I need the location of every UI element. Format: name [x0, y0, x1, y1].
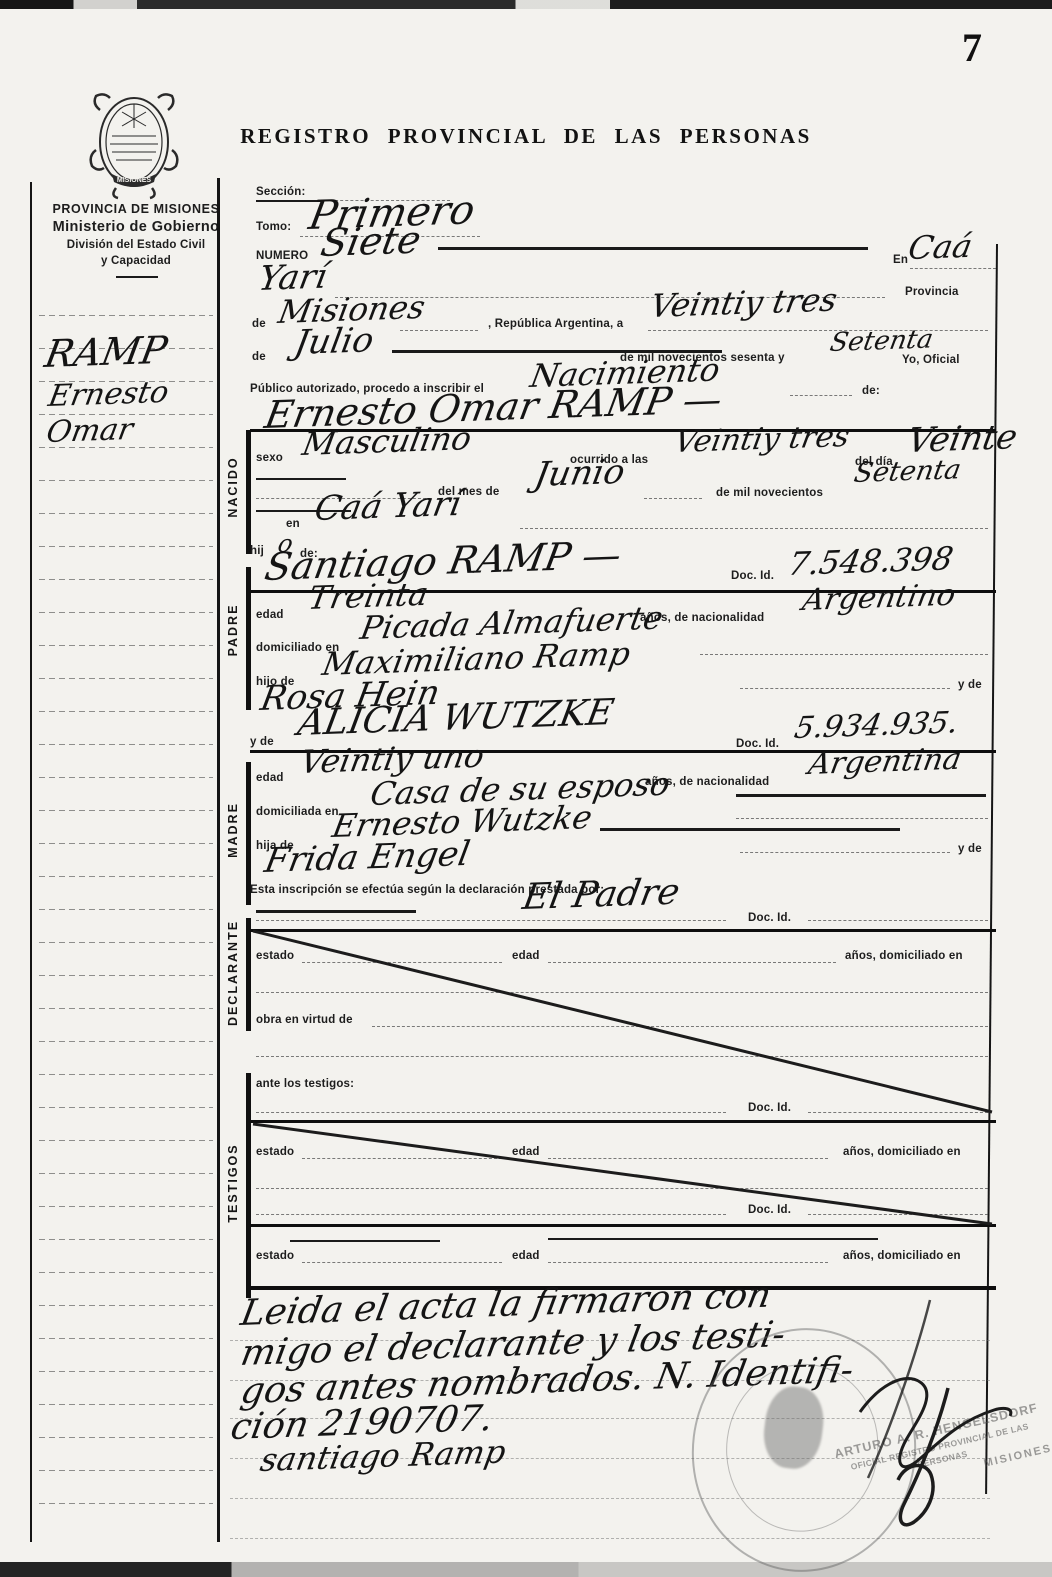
lugar-value: Caá Yarí — [312, 487, 464, 526]
testigo1-rule2 — [548, 1158, 828, 1159]
madre-rule2 — [740, 852, 950, 853]
testigo1-rule0b — [808, 1112, 988, 1113]
madre-nacionalidad: Argentina — [806, 745, 964, 780]
hora-value: Veintiy tres — [672, 422, 852, 458]
decl-rule2 — [548, 962, 836, 963]
madre-doc-label: Doc. Id. — [736, 738, 779, 750]
scan-artifact-top — [0, 0, 1052, 9]
firma-declarante: santiago Ramp — [258, 1436, 508, 1476]
y-de-madre-label: y de — [250, 736, 274, 748]
place-line1: Caá — [906, 230, 975, 264]
declarante-value: El Padre — [520, 875, 682, 916]
fecha-dia-value: Veintiy tres — [648, 284, 840, 322]
page-title: REGISTRO PROVINCIAL DE LAS PERSONAS — [0, 124, 1052, 149]
testigo2-rule0b — [808, 1214, 988, 1215]
testigo2-dark-seg2 — [548, 1238, 878, 1240]
decl-rule5 — [256, 1056, 988, 1057]
section-label-padre: PADRE — [226, 604, 240, 657]
seal-banner-text: MISIONES — [117, 177, 152, 184]
acto-rule — [790, 395, 852, 396]
section-label-madre: MADRE — [226, 802, 240, 858]
seccion-label: Sección: — [256, 186, 306, 198]
testigo1-anios-label: años, domiciliado en — [843, 1146, 961, 1158]
nacido-rule2 — [644, 498, 702, 499]
place-line2: Yarí — [256, 260, 330, 296]
padre-nacionalidad: Argentino — [800, 581, 958, 616]
y-de-madre-label2: y de — [958, 843, 982, 855]
fecha-dia-rule — [648, 330, 988, 331]
testigo2-edad-label: edad — [512, 1250, 540, 1262]
y-de-padre-label: y de — [958, 679, 982, 691]
de-label-2: de — [252, 351, 266, 363]
anio-value: Setenta — [828, 326, 935, 356]
margin-note-firstname: Ernesto — [46, 378, 171, 412]
scan-artifact-bottom — [0, 1562, 1052, 1577]
madre-rule1 — [736, 818, 988, 819]
testigos-bar — [246, 1073, 251, 1298]
scanned-birth-certificate: 7 REGISTRO PROVINCIAL DE LAS PERSONAS MI… — [0, 0, 1052, 1577]
de-mil-label: de mil novecientos — [716, 487, 823, 499]
page-number: 7 — [962, 24, 982, 71]
en-line — [910, 268, 996, 269]
org-line-4: y Capacidad — [46, 255, 226, 267]
de-label-1: de — [252, 318, 266, 330]
decl-rule3 — [256, 992, 988, 993]
numero-value: Siete — [318, 221, 424, 262]
padre-doc-label: Doc. Id. — [731, 570, 774, 582]
madre-dark-line2 — [600, 828, 900, 831]
testigo1-edad-label: edad — [512, 1146, 540, 1158]
mes-nac-value: Junio — [532, 455, 627, 492]
testigo1-rule0 — [256, 1112, 726, 1113]
republica-label: , República Argentina, a — [488, 318, 623, 330]
divider-testigos-top — [250, 1120, 996, 1123]
padre-rule2 — [740, 688, 950, 689]
org-line-2: Ministerio de Gobierno — [40, 219, 232, 235]
org-line-1: PROVINCIA DE MISIONES — [46, 202, 226, 216]
declaracion-doc-label: Doc. Id. — [748, 912, 791, 924]
hijo-prefix: hij — [250, 545, 264, 557]
dia-value: Veinte — [905, 420, 1020, 458]
divider-declarante-top — [250, 929, 996, 932]
testigo1-doc-label: Doc. Id. — [748, 1102, 791, 1114]
margin-right-border — [217, 178, 220, 1542]
yo-oficial-label: Yo, Oficial — [902, 354, 960, 366]
testigo2-anios-label: años, domiciliado en — [843, 1250, 961, 1262]
testigo2-estado-label: estado — [256, 1250, 294, 1262]
de-label-3: de: — [862, 385, 880, 397]
testigo2-doc-label: Doc. Id. — [748, 1204, 791, 1216]
divider-testigo2 — [250, 1224, 996, 1227]
anio-nac-value: Setenta — [852, 456, 963, 487]
testigo2-rule1 — [302, 1262, 502, 1263]
declaracion-dark-line — [256, 910, 416, 913]
margin-note-middlename: Omar — [44, 415, 135, 448]
nacido-short-line1 — [256, 478, 346, 480]
testigo1-estado-label: estado — [256, 1146, 294, 1158]
decl-rule4 — [372, 1026, 988, 1027]
padre-edad-label: edad — [256, 609, 284, 621]
org-underline — [116, 276, 158, 278]
padre-bar — [246, 567, 251, 710]
section-label-testigos: TESTIGOS — [226, 1143, 240, 1222]
madre-doc-value: 5.934.935. — [792, 708, 961, 744]
decl-estado-label: estado — [256, 950, 294, 962]
margin-note-surname: RAMP — [42, 331, 170, 373]
abuelo-paterno: Maximiliano Ramp — [320, 637, 633, 680]
abuela-materna: Frida Engel — [262, 837, 472, 878]
section-label-declarante: DECLARANTE — [226, 920, 240, 1026]
section-label-nacido: NACIDO — [226, 456, 240, 517]
testigo2-rule2 — [548, 1262, 828, 1263]
decl-edad-label: edad — [512, 950, 540, 962]
margin-ruled-lines — [35, 283, 213, 1531]
testigo2-rule0 — [256, 1214, 726, 1215]
testigo1-rule3 — [256, 1188, 988, 1189]
tomo-label: Tomo: — [256, 221, 291, 233]
numero-longline — [438, 247, 868, 250]
nacido-bar — [246, 430, 251, 554]
declaracion-rule1 — [256, 920, 726, 921]
padre-doc-value: 7.548.398 — [786, 542, 956, 580]
ante-testigos-label: ante los testigos: — [256, 1078, 354, 1090]
decl-anios-label: años, domiciliado en — [845, 950, 963, 962]
decl-rule1 — [302, 962, 502, 963]
nacido-rule3 — [520, 528, 988, 529]
madre-edad-label: edad — [256, 772, 284, 784]
madre-domicilio-label: domiciliada en — [256, 806, 339, 818]
margin-left-border — [30, 182, 32, 1542]
provincia-rule — [400, 330, 478, 331]
padre-rule1 — [700, 654, 988, 655]
declaracion-rule2 — [808, 920, 988, 921]
en-nac-label: en — [286, 518, 300, 530]
sexo-value: Masculino — [300, 422, 474, 460]
mes-value: Julio — [292, 323, 376, 360]
declarante-bar — [246, 918, 251, 1031]
testigo1-rule1 — [302, 1158, 502, 1159]
provincia-label: Provincia — [905, 286, 959, 298]
org-line-3: División del Estado Civil — [46, 239, 226, 251]
sexo-label: sexo — [256, 452, 283, 464]
testigo2-dark-seg1 — [290, 1240, 440, 1242]
madre-nombre: ALICIA WUTZKE — [295, 695, 616, 742]
obra-label: obra en virtud de — [256, 1014, 353, 1026]
madre-dark-line1 — [736, 794, 986, 797]
